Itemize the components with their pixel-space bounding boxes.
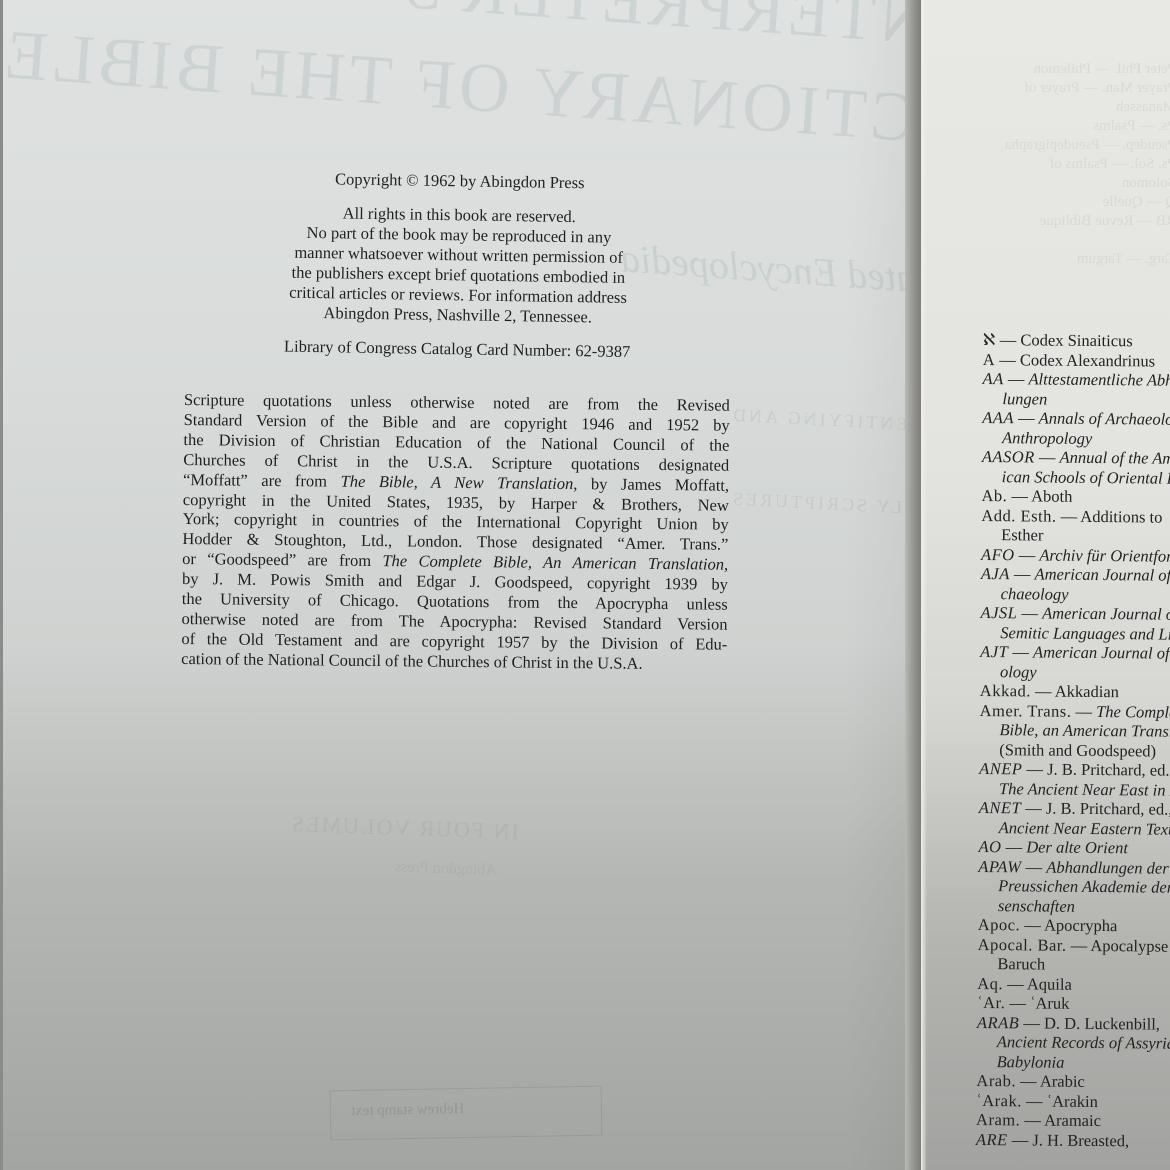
book-title-italic: The Bible, A New Translation (341, 471, 574, 492)
abbreviation-continuation: Preussichen Akademie der Wis- (978, 876, 1170, 898)
abbreviation-expansion: Archiv für Orientforschung (1039, 545, 1170, 566)
copyright-line: Copyright © 1962 by Abingdon Press (250, 168, 670, 195)
abbreviation-continuation: Babylonia (977, 1051, 1170, 1073)
book-title-italic: The Complete Bible, An American Translat… (382, 551, 724, 574)
abbreviation-expansion: D. D. Luckenbill, (1044, 1013, 1160, 1033)
abbreviation-key: Apoc. (978, 915, 1021, 934)
em-dash-separator: — (1022, 1091, 1047, 1110)
abbreviation-expansion: Apocalypse of (1090, 935, 1170, 955)
abbreviation-expansion: J. H. Breasted, (1032, 1130, 1129, 1150)
em-dash-separator: — (1071, 701, 1096, 720)
abbreviation-key: AA (982, 369, 1003, 388)
abbreviation-continuation: The Ancient Near East in Pictures (979, 778, 1170, 800)
abbreviation-key: APAW (978, 856, 1021, 875)
abbreviation-key: Ab. (981, 486, 1007, 505)
abbreviation-expansion: Annals of Archaeology and (1039, 408, 1170, 429)
abbreviation-continuation: Anthropology (982, 427, 1170, 449)
abbreviation-key: AFO (981, 544, 1015, 563)
abbreviation-entry: ARAB — D. D. Luckenbill,Ancient Records … (977, 1012, 1170, 1073)
abbreviation-key: AJA (981, 564, 1010, 583)
book-gutter (905, 0, 921, 1170)
abbreviation-continuation: senschaften (978, 895, 1170, 917)
abbreviation-entry: Add. Esth. — Additions toEsther (981, 505, 1170, 546)
abbreviation-expansion: Abhandlungen der (1046, 857, 1169, 877)
abbreviation-expansion: Aramaic (1044, 1111, 1101, 1130)
abbreviation-key: Add. Esth. (981, 505, 1056, 525)
abbreviation-entry: Aq. — Aquila (977, 973, 1170, 995)
em-dash-separator: — (1021, 857, 1046, 876)
abbreviation-key: AO (978, 837, 1001, 856)
abbreviation-expansion: Akkadian (1055, 682, 1119, 702)
ghost-publisher: Abingdon Press (395, 858, 497, 880)
abbreviation-continuation: chaeology (981, 583, 1170, 605)
abbreviation-key: AAA (982, 408, 1014, 427)
abbreviation-entry: AO — Der alte Orient (978, 837, 1170, 859)
abbreviation-expansion: Annual of the Amer- (1059, 448, 1170, 468)
lccn-number: Library of Congress Catalog Card Number:… (247, 336, 667, 363)
abbreviation-entry: Ab. — Aboth (981, 486, 1170, 508)
em-dash-separator: — (1031, 681, 1055, 700)
scripture-notice: Scripture quotations unless otherwise no… (181, 390, 730, 674)
abbreviation-expansion: Aquila (1027, 974, 1072, 993)
text-run: cation of the National Council of the Ch… (181, 649, 643, 673)
abbreviations-list: ℵ — Codex SinaiticusA — Codex Alexandrin… (976, 330, 1170, 1151)
em-dash-separator: — (1056, 506, 1080, 525)
em-dash-separator: — (1005, 993, 1030, 1012)
abbreviation-key: A (983, 349, 996, 368)
em-dash-separator: — (1014, 408, 1039, 427)
abbreviation-key: Aram. (976, 1110, 1020, 1129)
abbreviation-expansion: J. B. Pritchard, ed., (1047, 760, 1170, 780)
abbreviation-continuation: Baruch (977, 954, 1170, 976)
abbreviation-continuation: (Smith and Goodspeed) (979, 739, 1170, 761)
abbreviation-expansion: Additions to (1080, 506, 1162, 526)
em-dash-separator: — (996, 330, 1021, 349)
abbreviation-expansion: The Complete (1096, 702, 1170, 722)
ghost-volumes: IN FOUR VOLUMES (290, 811, 520, 845)
abbreviation-expansion: American Journal of The- (1033, 642, 1170, 662)
abbreviation-entry: ʿArak. — ʿArakin (976, 1090, 1170, 1112)
abbreviation-entry: APAW — Abhandlungen derPreussichen Akade… (978, 856, 1170, 917)
abbreviation-key: AJT (980, 642, 1008, 661)
abbreviation-expansion: Codex Sinaiticus (1020, 330, 1132, 350)
abbreviation-expansion: Der alte Orient (1026, 837, 1128, 857)
ghost-bleed-right: Peter Phil. — PhilemonPrayer Man. — Pray… (996, 60, 1170, 269)
em-dash-separator: — (1020, 915, 1044, 934)
em-dash-separator: — (995, 350, 1020, 369)
abbreviation-entry: Akkad. — Akkadian (980, 681, 1170, 703)
abbreviation-entry: AA — Alttestamentliche Abhand-lungen (982, 369, 1170, 410)
abbreviation-continuation: Ancient Records of Assyria and (977, 1032, 1170, 1054)
abbreviation-expansion: American Journal of Ar- (1035, 564, 1170, 584)
abbreviation-expansion: Alttestamentliche Abhand- (1028, 369, 1170, 390)
em-dash-separator: — (1066, 935, 1090, 954)
abbreviation-continuation: ology (980, 661, 1170, 683)
abbreviation-entry: ʿAr. — ʿAruk (977, 993, 1170, 1015)
em-dash-separator: — (1008, 642, 1033, 661)
abbreviation-continuation: Esther (981, 525, 1170, 547)
ghost-title-line-2: DICTIONARY OF THE BIBLE (0, 15, 1002, 165)
em-dash-separator: — (1015, 545, 1040, 564)
abbreviation-key: ʿArak. (976, 1090, 1022, 1109)
text-run: or “Goodspeed” are from (182, 549, 382, 570)
abbreviation-expansion: Apocrypha (1044, 916, 1117, 936)
abbreviation-entry: AASOR — Annual of the Amer-ican Schools … (982, 447, 1170, 488)
em-dash-separator: — (1001, 837, 1026, 856)
abbreviation-entry: A — Codex Alexandrinus (983, 349, 1170, 371)
abbreviation-entry: Apocal. Bar. — Apocalypse ofBaruch (977, 934, 1170, 975)
ghost-line-4: IDENTIFYING AND (730, 405, 933, 437)
abbreviation-key: ARE (976, 1129, 1008, 1148)
abbreviation-expansion: American Journal of (1042, 604, 1170, 624)
left-page: THE INTERPRETER'S DICTIONARY OF THE BIBL… (0, 0, 905, 1170)
em-dash-separator: — (1017, 603, 1042, 622)
abbreviation-key: AJSL (980, 603, 1017, 622)
abbreviation-entry: ANET — J. B. Pritchard, ed.,Ancient Near… (979, 798, 1170, 839)
abbreviation-entry: AJT — American Journal of The-ology (980, 642, 1170, 683)
text-run: , by James Moffatt, (573, 474, 729, 495)
abbreviation-key: ARAB (977, 1012, 1019, 1031)
abbreviation-entry: Apoc. — Apocrypha (978, 915, 1170, 937)
abbreviation-continuation: Semitic Languages and Literatures (980, 622, 1170, 644)
em-dash-separator: — (1003, 974, 1027, 993)
abbreviation-key: Arab. (976, 1071, 1016, 1090)
ghost-stamp-text: Hebrew stamp text (351, 1101, 465, 1120)
abbreviation-entry: AAA — Annals of Archaeology andAnthropol… (982, 408, 1170, 449)
abbreviation-entry: AJSL — American Journal ofSemitic Langua… (980, 603, 1170, 644)
abbreviation-continuation: Ancient Near Eastern Texts (979, 817, 1170, 839)
em-dash-separator: — (1035, 447, 1060, 466)
abbreviation-entry: ANEP — J. B. Pritchard, ed.,The Ancient … (979, 759, 1170, 800)
abbreviation-key: ℵ (983, 330, 996, 349)
abbreviation-entry: AJA — American Journal of Ar-chaeology (981, 564, 1170, 605)
em-dash-separator: — (1004, 369, 1029, 388)
em-dash-separator: — (1020, 1110, 1044, 1129)
em-dash-separator: — (1019, 1013, 1044, 1032)
abbreviation-continuation: Bible, an American Translation (979, 720, 1170, 742)
em-dash-separator: — (1022, 759, 1047, 778)
abbreviation-entry: ARE — J. H. Breasted, (976, 1129, 1170, 1151)
abbreviation-entry: ℵ — Codex Sinaiticus (983, 330, 1170, 352)
abbreviation-key: AASOR (982, 447, 1035, 466)
abbreviation-expansion: J. B. Pritchard, ed., (1046, 799, 1170, 819)
abbreviation-expansion: ʿAruk (1030, 993, 1070, 1012)
em-dash-separator: — (1008, 1130, 1033, 1149)
text-run: , (724, 555, 728, 574)
rights-notice: All rights in this book are reserved. No… (248, 202, 670, 329)
abbreviation-key: Aq. (977, 973, 1003, 992)
abbreviation-entry: Aram. — Aramaic (976, 1110, 1170, 1132)
abbreviation-expansion: Arabic (1040, 1072, 1085, 1091)
abbreviation-key: Amer. Trans. (980, 700, 1072, 720)
ghost-stamp-box: Hebrew stamp text (330, 1086, 603, 1141)
abbreviation-entry: Amer. Trans. — The CompleteBible, an Ame… (979, 700, 1170, 761)
em-dash-separator: — (1010, 564, 1035, 583)
abbreviation-entry: Arab. — Arabic (976, 1071, 1170, 1093)
em-dash-separator: — (1021, 798, 1046, 817)
abbreviation-continuation: lungen (982, 388, 1170, 410)
abbreviation-expansion: ʿArakin (1047, 1091, 1098, 1110)
abbreviation-continuation: ican Schools of Oriental Research (982, 466, 1170, 488)
abbreviation-entry: AFO — Archiv für Orientforschung (981, 544, 1170, 566)
abbreviation-key: ANET (979, 798, 1022, 817)
abbreviation-key: ʿAr. (977, 993, 1005, 1012)
copyright-block: Copyright © 1962 by Abingdon Press All r… (247, 168, 670, 363)
em-dash-separator: — (1016, 1071, 1040, 1090)
abbreviation-key: ANEP (979, 759, 1022, 778)
abbreviation-expansion: Codex Alexandrinus (1020, 350, 1155, 370)
abbreviation-key: Akkad. (980, 681, 1031, 700)
abbreviation-key: Apocal. Bar. (978, 934, 1067, 954)
text-run: “Moffatt” are from (183, 470, 341, 491)
em-dash-separator: — (1007, 486, 1031, 505)
abbreviation-expansion: Aboth (1031, 486, 1072, 505)
